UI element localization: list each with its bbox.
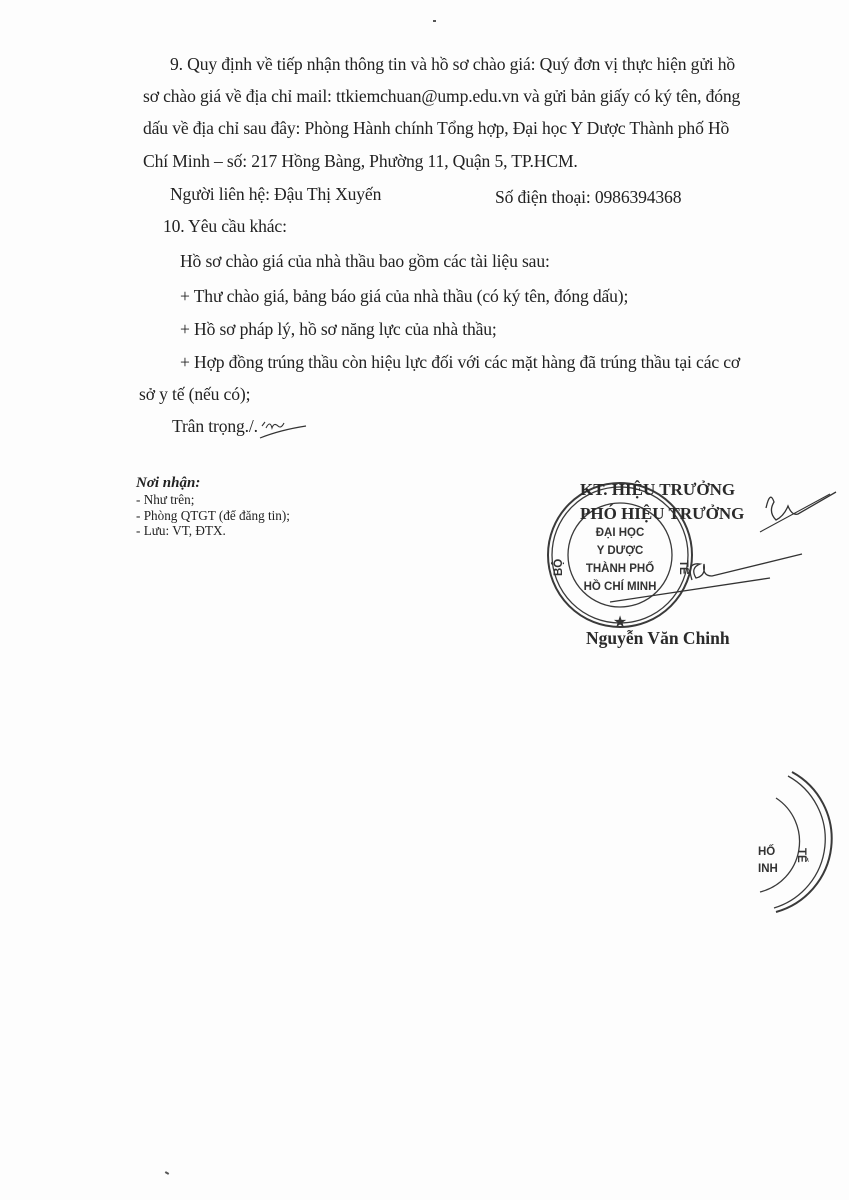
contact-person: Người liên hệ: Đậu Thị Xuyến: [170, 183, 381, 205]
closing: Trân trọng./.: [172, 415, 258, 437]
recipient-item: - Phòng QTGT (để đăng tin);: [136, 508, 290, 524]
item9-line-3: dấu về địa chỉ sau đây: Phòng Hành chính…: [143, 117, 729, 139]
item10-bullet-1: + Thư chào giá, bảng báo giá của nhà thầ…: [180, 285, 628, 307]
item10-bullet-2: + Hồ sơ pháp lý, hồ sơ năng lực của nhà …: [180, 318, 497, 340]
recipient-item: - Như trên;: [136, 492, 290, 508]
initial-signature-mark: [258, 412, 318, 442]
scan-speck: [433, 20, 436, 22]
handwritten-signature: [620, 480, 840, 610]
stamp-side-left: BỘ: [552, 559, 565, 576]
partial-stamp-side: TẾ: [795, 848, 808, 863]
signer-name: Nguyễn Văn Chinh: [586, 628, 730, 649]
contact-phone: Số điện thoại: 0986394368: [495, 186, 681, 208]
item10-bullet-3-cont: sở y tế (nếu có);: [139, 383, 250, 405]
document-page: 9. Quy định về tiếp nhận thông tin và hồ…: [0, 0, 849, 1200]
item10-heading: 10. Yêu cầu khác:: [163, 215, 287, 237]
item9-line-4: Chí Minh – số: 217 Hồng Bàng, Phường 11,…: [143, 150, 578, 172]
item10-bullet-3: + Hợp đồng trúng thầu còn hiệu lực đối v…: [180, 351, 740, 373]
recipients-title: Nơi nhận:: [136, 475, 290, 492]
partial-stamp-line-2: INH: [758, 863, 778, 875]
scan-speck: [165, 1171, 169, 1175]
partial-stamp-line-1: HỐ: [758, 844, 775, 858]
item9-line-1: 9. Quy định về tiếp nhận thông tin và hồ…: [170, 53, 735, 75]
item10-intro: Hồ sơ chào giá của nhà thầu bao gồm các …: [180, 250, 550, 272]
item9-line-2: sơ chào giá về địa chỉ mail: ttkiemchuan…: [143, 85, 740, 107]
recipient-item: - Lưu: VT, ĐTX.: [136, 523, 290, 539]
partial-stamp: HỐ INH TẾ: [700, 770, 849, 920]
recipients-block: Nơi nhận: - Như trên; - Phòng QTGT (để đ…: [136, 475, 290, 539]
